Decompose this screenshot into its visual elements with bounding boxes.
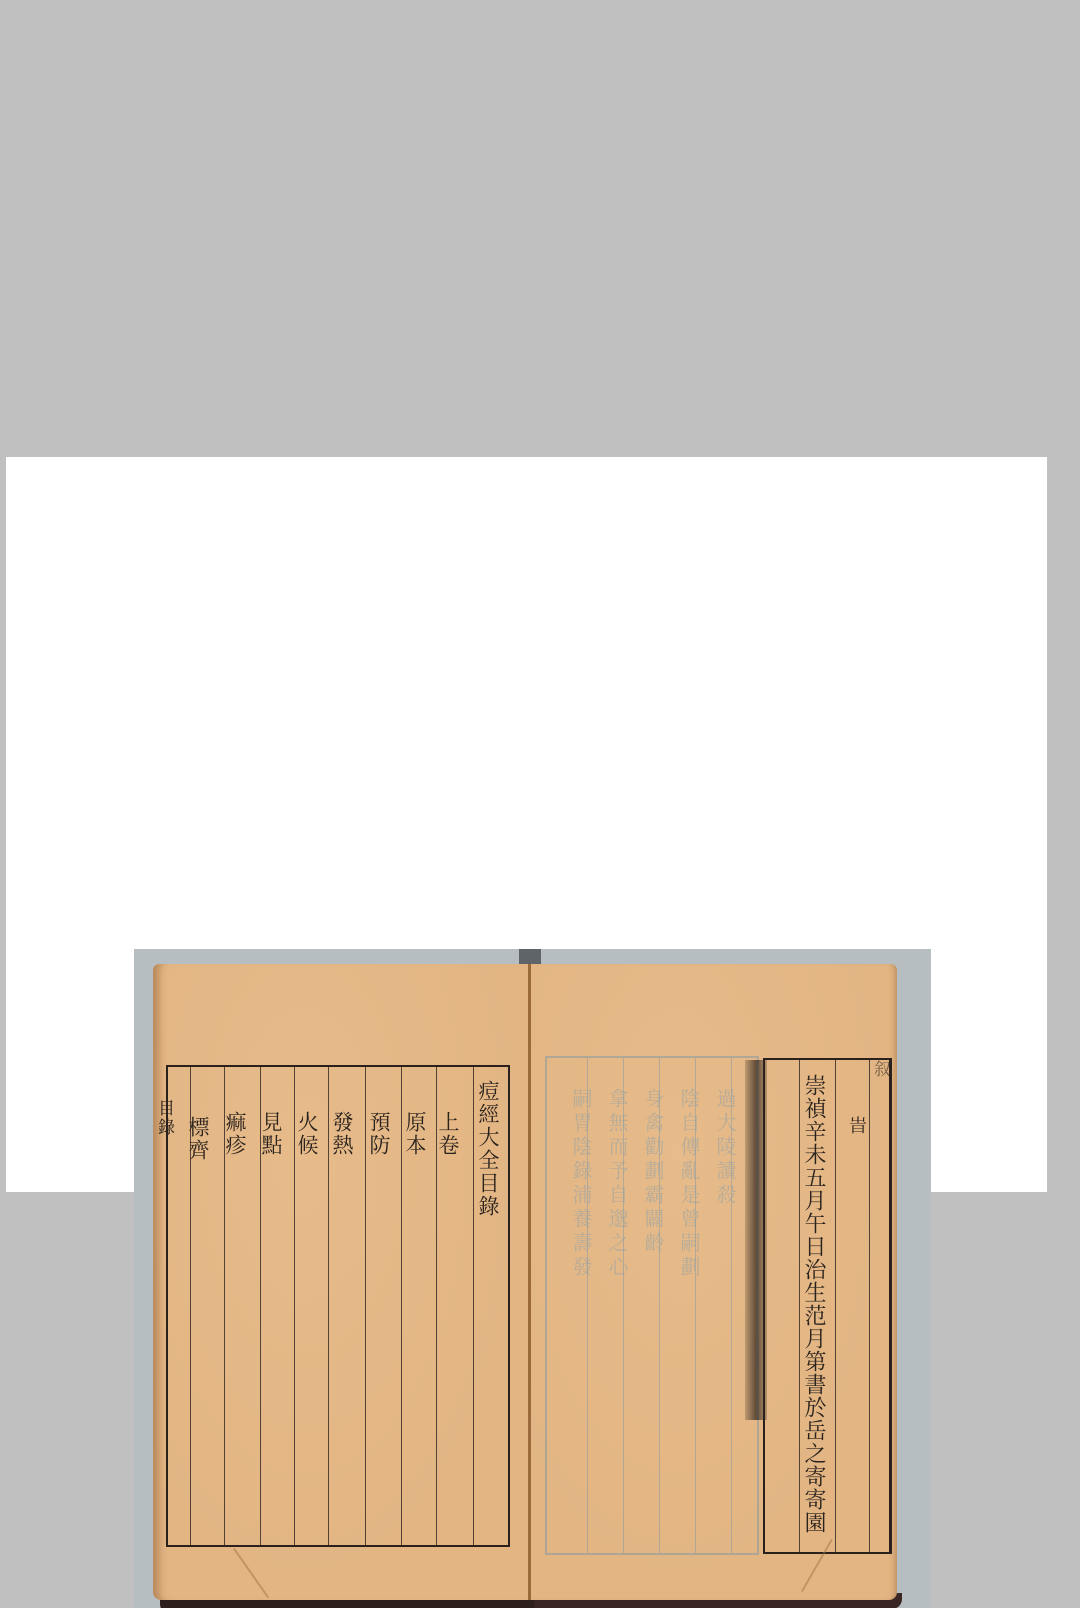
spine-shadow bbox=[519, 949, 541, 965]
left-page: 目錄 痘經大全目錄 上卷 原本 預防 發熱 火候 見點 痲疹 標齊 bbox=[153, 964, 531, 1600]
toc-entry-3: 發熱 bbox=[331, 1111, 352, 1157]
right-page-frame bbox=[763, 1058, 892, 1554]
toc-section: 上卷 bbox=[437, 1111, 458, 1157]
toc-entry-1: 原本 bbox=[404, 1111, 425, 1157]
bleed-through-frame: 嗣胃陰錄浦養壽發 拿無而予自邈之心 身禽勸劃霸闢齡 陰自傳亂是曾嗣劃 過大陵讀殺 bbox=[545, 1056, 759, 1555]
viewer-panel: 目錄 痘經大全目錄 上卷 原本 預防 發熱 火候 見點 痲疹 標齊 bbox=[6, 457, 1047, 1192]
toc-entry-6: 痲疹 bbox=[224, 1111, 245, 1157]
toc-entry-7: 標齊 bbox=[187, 1116, 208, 1162]
edge-label: 叙 bbox=[871, 1060, 888, 1079]
toc-entry-2: 預防 bbox=[368, 1111, 389, 1157]
toc-entry-5: 見點 bbox=[260, 1111, 281, 1157]
toc-entry-4: 火候 bbox=[296, 1111, 317, 1157]
right-page: 嗣胃陰錄浦養壽發 拿無而予自邈之心 身禽勸劃霸闢齡 陰自傳亂是曾嗣劃 過大陵讀殺… bbox=[531, 964, 897, 1600]
toc-title: 痘經大全目錄 bbox=[477, 1080, 498, 1218]
book-photo: 目錄 痘經大全目錄 上卷 原本 預防 發熱 火候 見點 痲疹 標齊 bbox=[134, 949, 931, 1608]
colophon-text: 崇禎辛未五月午日治生范月第書於岳之寄寄園 bbox=[802, 1074, 824, 1534]
date-marker: 旹 bbox=[847, 1116, 865, 1136]
